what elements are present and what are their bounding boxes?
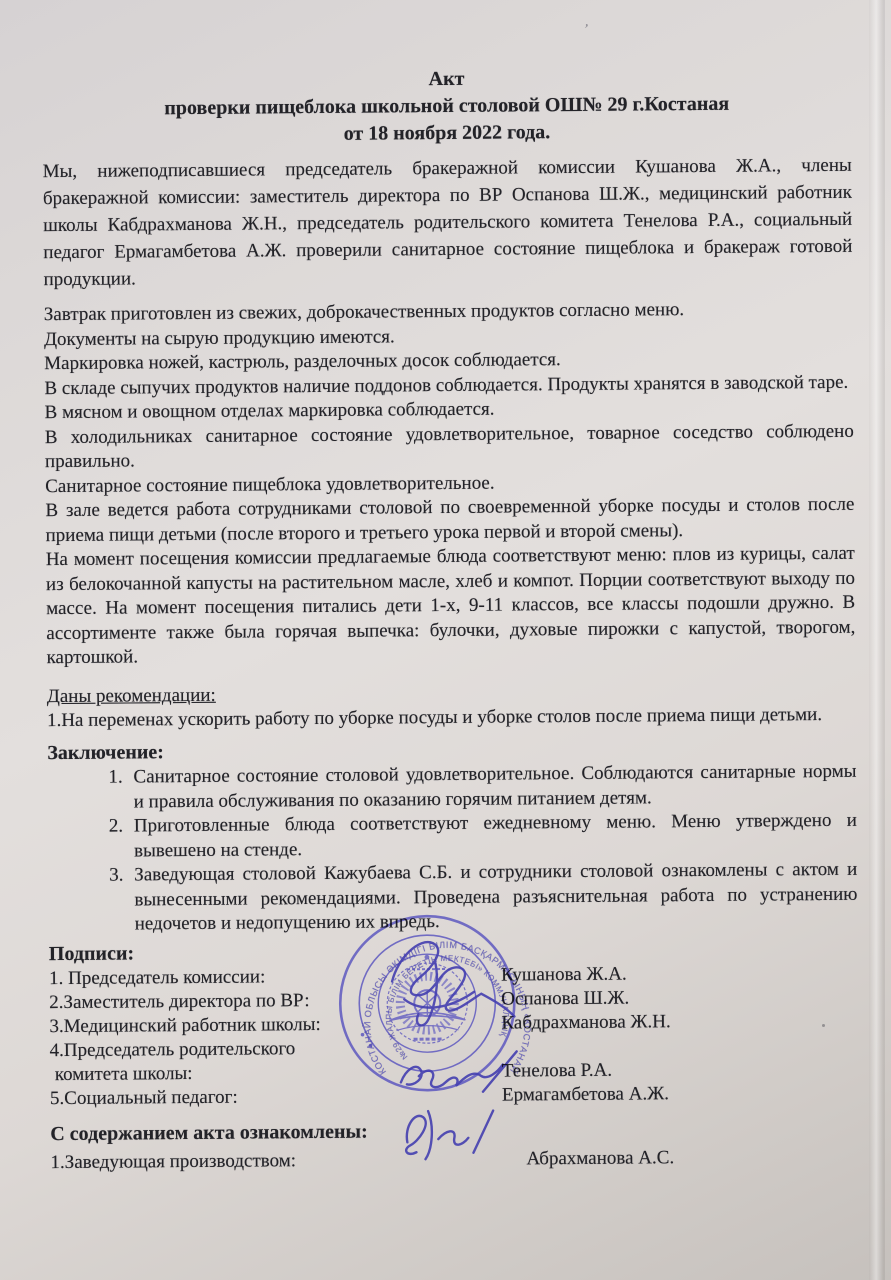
- signature-label: 5.Социальный педагог:: [50, 1086, 238, 1108]
- scanned-document-page: ’ Акт проверки пищеблока школьной столов…: [0, 0, 891, 1280]
- conclusion-item: Санитарное состояние столовой удовлетвор…: [127, 760, 856, 815]
- signatures-section: Подписи: 1. Председатель комиссии: Кушан…: [49, 935, 860, 1174]
- conclusion-item: Заведующая столовой Кажубаева С.Б. и сот…: [128, 858, 858, 937]
- finding-item: В холодильниках санитарное состояние удо…: [45, 419, 854, 474]
- findings-section: Завтрак приготовлен из свежих, доброкаче…: [44, 297, 856, 671]
- signature-row: 4.Председатель родительского комитета шк…: [50, 1032, 859, 1086]
- signature-row: 5.Социальный педагог: Ермагамбетова А.Ж.: [50, 1080, 859, 1110]
- signer-name: Ермагамбетова А.Ж.: [502, 1082, 669, 1107]
- signer-name: Абрахманова А.С.: [526, 1145, 674, 1171]
- signer-name: Оспанова Ш.Ж.: [501, 986, 629, 1011]
- finding-item: На момент посещения комиссии предлагаемы…: [46, 542, 856, 671]
- signer-name: Кабдрахманова Ж.Н.: [501, 1010, 670, 1035]
- document-content: Акт проверки пищеблока школьной столовой…: [0, 0, 891, 1175]
- signer-name: Кушанова Ж.А.: [501, 962, 627, 987]
- signature-label: 2.Заместитель директора по ВР:: [49, 990, 309, 1013]
- acknowledged-heading: С содержанием акта ознакомлены:: [50, 1115, 859, 1146]
- signature-label: 1. Председатель комиссии:: [49, 966, 265, 989]
- conclusion-item: Приготовленные блюда соответствуют ежедн…: [128, 809, 857, 864]
- finding-item: В зале ведется работа сотрудниками столо…: [45, 493, 854, 548]
- document-title-block: Акт проверки пищеблока школьной столовой…: [42, 63, 852, 150]
- signer-name: Тенелова Р.А.: [502, 1058, 612, 1083]
- acknowledged-label: 1.Заведующая производством:: [50, 1150, 296, 1173]
- intro-paragraph: Мы, нижеподписавшиеся председатель браке…: [43, 152, 853, 293]
- signature-label: 3.Медицинский работник школы:: [49, 1013, 320, 1036]
- conclusion-list: Санитарное состояние столовой удовлетвор…: [47, 760, 857, 938]
- acknowledged-row: 1.Заведующая производством: Абрахманова …: [50, 1143, 859, 1174]
